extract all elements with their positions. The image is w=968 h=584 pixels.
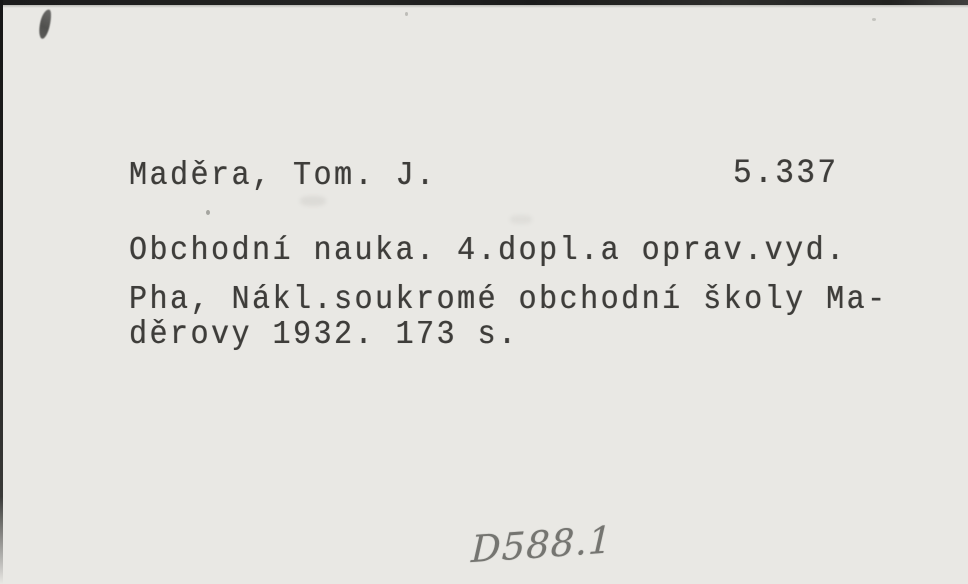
ink-speck [206,210,210,215]
ink-speck [405,12,408,16]
imprint-line-2: děrovy 1932. 173 s. [129,316,519,354]
ink-speck [872,18,876,21]
imprint-line-1: Pha, Nákl.soukromé obchodní školy Ma- [129,281,888,319]
smudge-mark [300,196,326,206]
pen-stroke-icon [37,8,53,39]
smudge-mark [510,215,532,224]
title-line: Obchodní nauka. 4.dopl.a oprav.vyd. [129,232,847,270]
call-number: 5.337 [733,155,839,193]
scan-edge-top [0,0,968,5]
author-heading: Maděra, Tom. J. [129,157,437,195]
catalog-card-scan: Maděra, Tom. J. 5.337 Obchodní nauka. 4.… [0,0,968,584]
handwritten-shelfmark: D588.1 [470,518,613,571]
scan-edge-left [0,0,3,584]
